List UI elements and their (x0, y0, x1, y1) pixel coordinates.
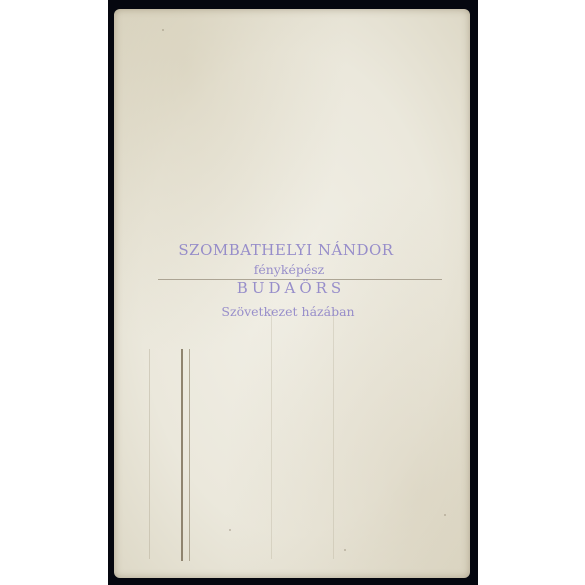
ruled-line (333, 309, 334, 559)
stamp-address: Szövetkezet házában (110, 304, 466, 319)
ruled-line (181, 349, 183, 561)
stamp-profession: fényképész (111, 262, 467, 277)
speck (162, 29, 164, 31)
ruled-line (271, 309, 272, 559)
stamp-city: BUDAÖRS (113, 279, 469, 297)
photo-card-back: SZOMBATHELYI NÁNDOR fényképész BUDAÖRS S… (114, 9, 470, 578)
speck (229, 529, 231, 531)
ruled-line (189, 349, 190, 561)
stamp-photographer-name: SZOMBATHELYI NÁNDOR (108, 241, 464, 259)
speck (344, 549, 346, 551)
speck (444, 514, 446, 516)
ruled-line (149, 349, 150, 559)
